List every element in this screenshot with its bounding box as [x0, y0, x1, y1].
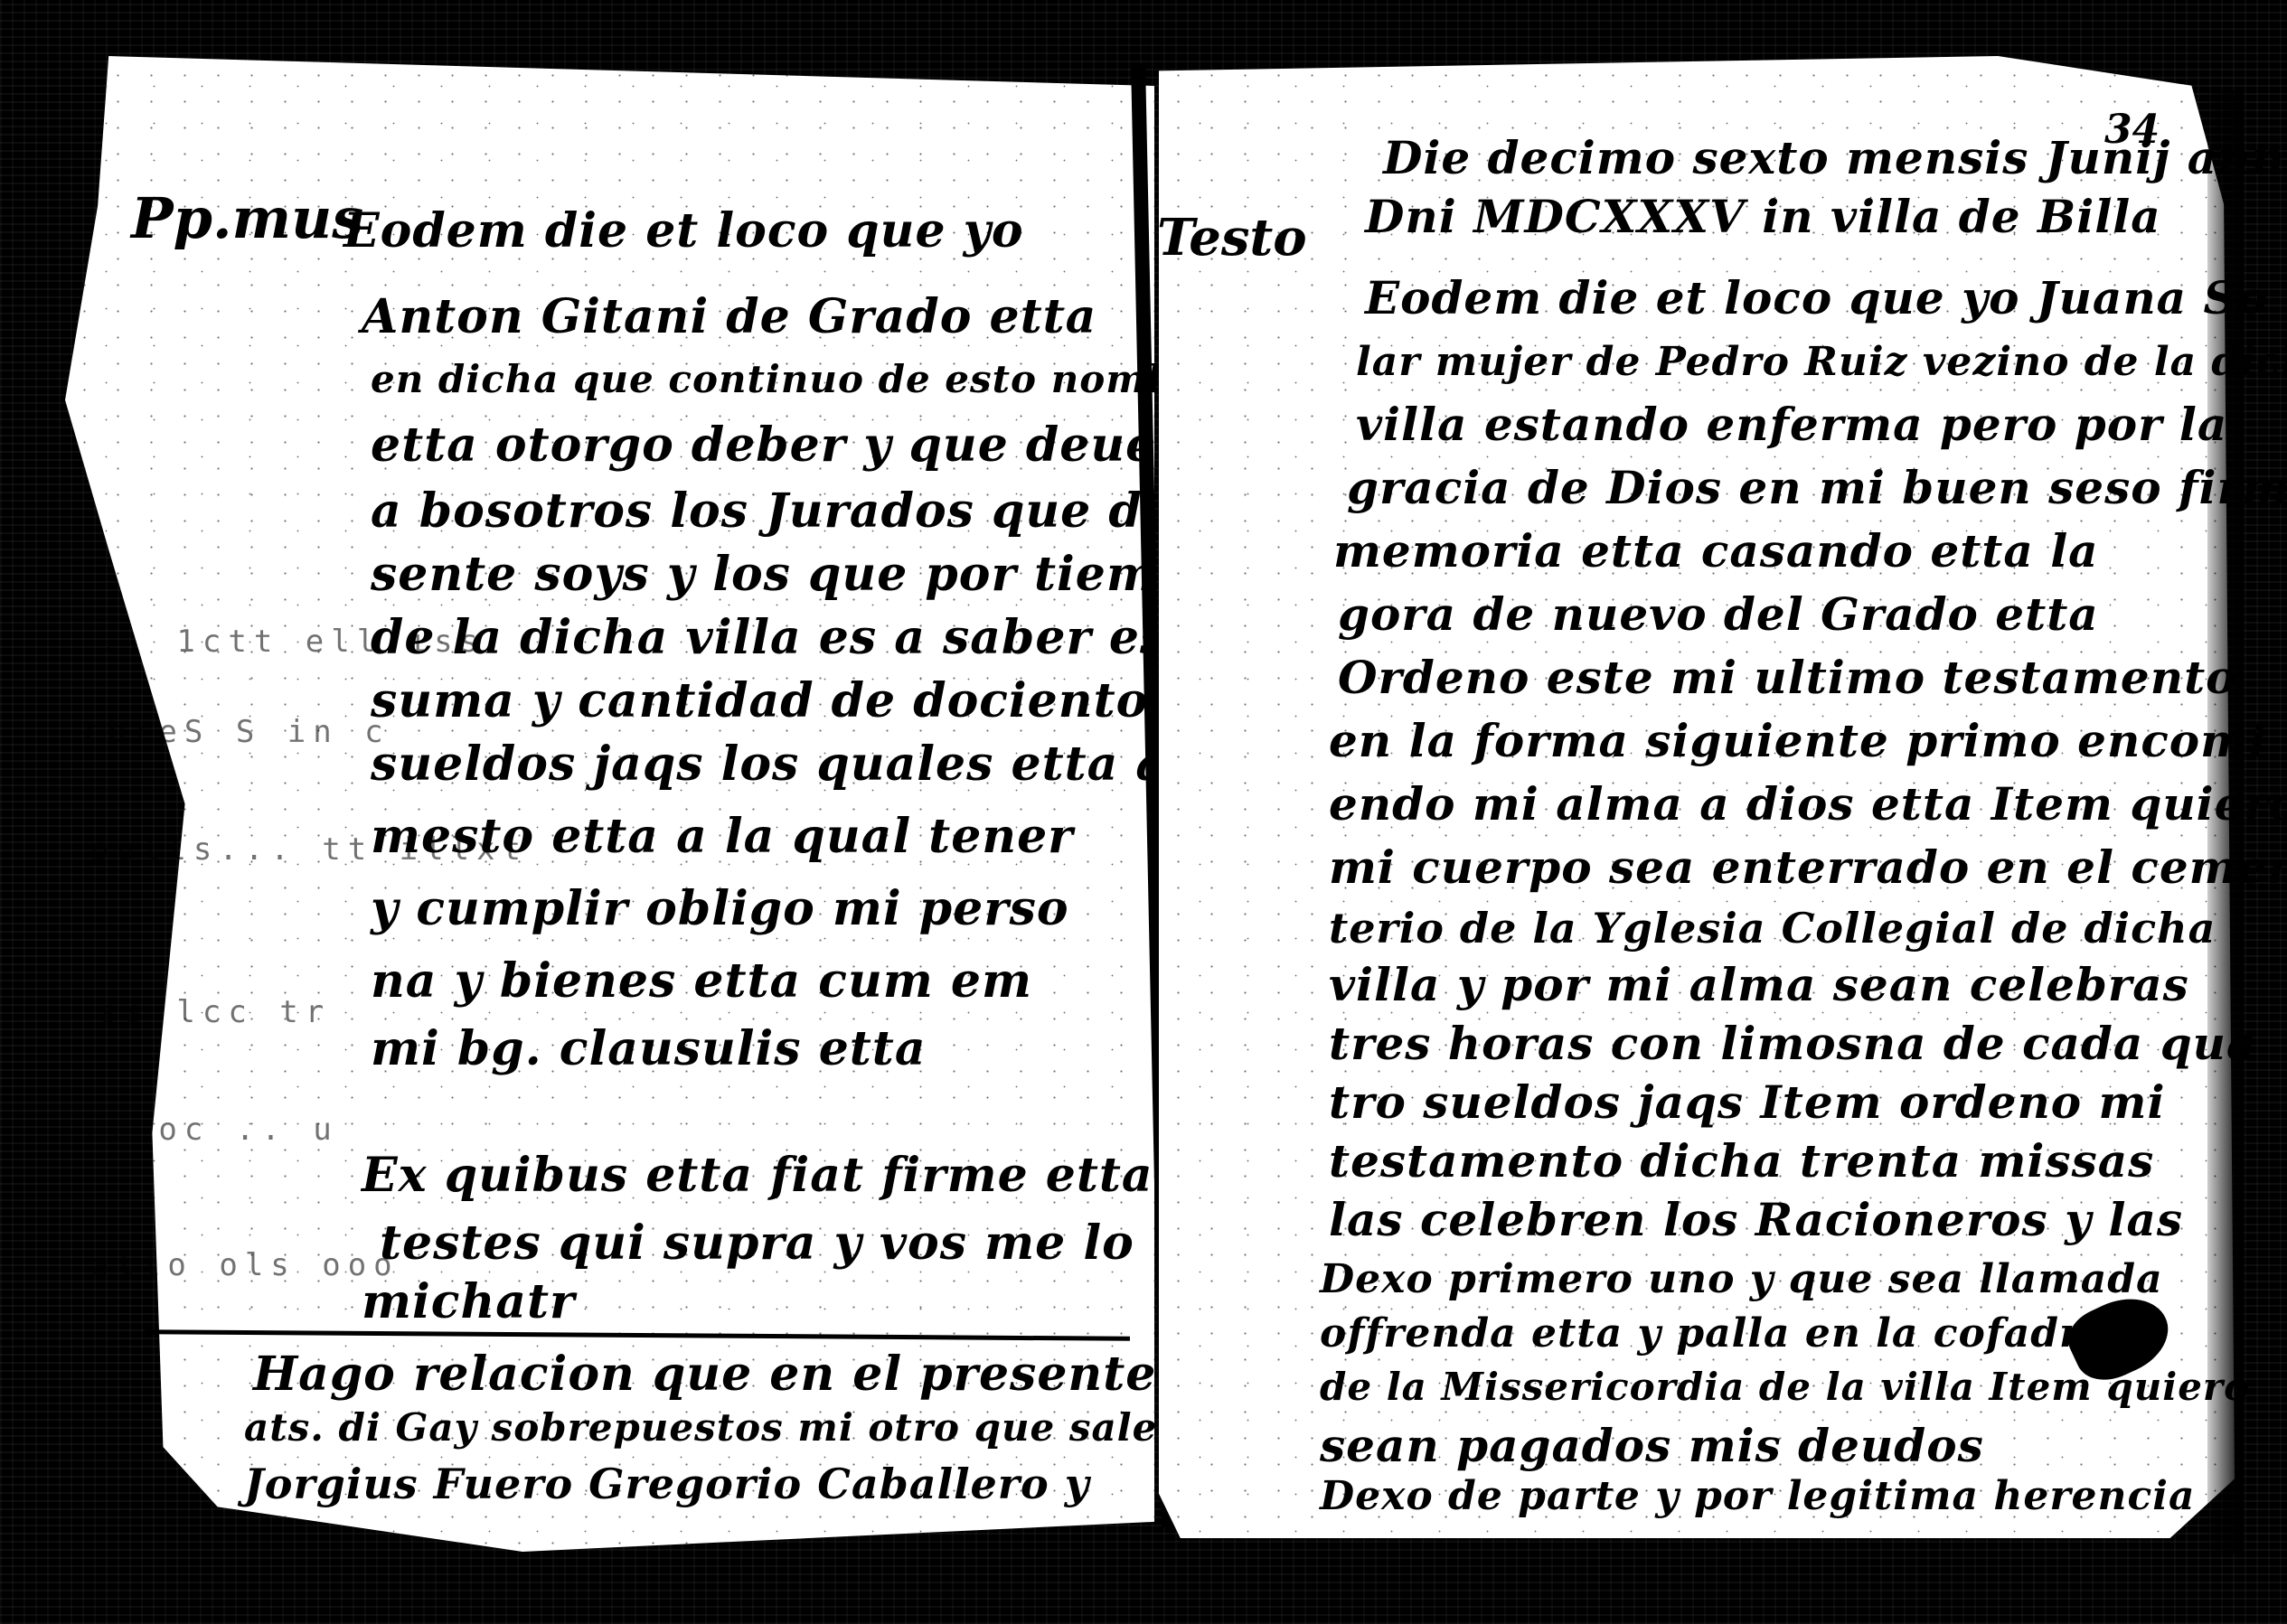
right-line-17: testamento dicha trenta missas [1329, 1134, 2154, 1187]
right-margin-heading: Testo [1157, 208, 1307, 268]
bleed-through-text: rbreS S in c [81, 714, 391, 750]
right-line-10: en la forma siguiente primo encomi [1329, 714, 2267, 767]
right-line-6: gracia de Dios en mi buen seso firme [1347, 461, 2287, 514]
left-line-8: suma y cantidad de docientos [371, 673, 1176, 728]
right-line-11: endo mi alma a dios etta Item quiero [1329, 777, 2287, 831]
right-line-19: Dexo primero uno y que sea llamada [1320, 1256, 2163, 1302]
right-line-8: gora de nuevo del Grado etta [1338, 587, 2099, 641]
right-line-12: mi cuerpo sea enterrado en el cemen [1329, 840, 2287, 894]
witness-line-3: michatr [362, 1274, 575, 1329]
lower-line-3: Jorgius Fuero Gregorio Caballero y [244, 1460, 1089, 1508]
left-line-10: mesto etta a la qual tener [371, 809, 1074, 864]
right-line-1: Die decimo sexto mensis Junij anno [1383, 131, 2287, 184]
right-line-9: Ordeno este mi ultimo testamento [1338, 651, 2237, 704]
lower-line-2: ats. di Gay sobrepuestos mi otro que sal… [244, 1405, 1157, 1450]
right-line-5: villa estando enferma pero por la [1356, 398, 2227, 451]
right-line-15: tres horas con limosna de cada qua [1329, 1017, 2256, 1070]
witness-line-2: testes qui supra y vos me lo [380, 1216, 1134, 1271]
left-page [65, 56, 1154, 1552]
left-line-7: de la dicha villa es a saber es la [371, 610, 1235, 665]
left-line-13: mi bg. clausulis etta [371, 1021, 927, 1076]
right-line-14: villa y por mi alma sean celebras [1329, 958, 2189, 1011]
bleed-through-text: .. oc .. u [81, 1112, 339, 1148]
left-line-4: etta otorgo deber y que deue [371, 418, 1156, 473]
bleed-through-text: allo ols ooo [90, 1247, 400, 1283]
left-line-9: sueldos jaqs los quales etta a pro [371, 737, 1276, 792]
right-line-20: offrenda etta y palla en la cofadria [1320, 1310, 2123, 1356]
right-line-7: memoria etta casando etta la [1333, 524, 2099, 577]
witness-line-1: Ex quibus etta fiat firme etta [362, 1148, 1153, 1203]
bleed-through-text: ss lcc tr [99, 994, 331, 1030]
left-line-12: na y bienes etta cum em [371, 953, 1032, 1009]
right-line-3: Eodem die et loco que yo Juana So [1365, 271, 2268, 324]
right-line-4: lar mujer de Pedro Ruiz vezino de la dic… [1356, 339, 2287, 385]
right-line-18: las celebren los Racioneros y las [1329, 1193, 2183, 1246]
left-line-2: Anton Gitani de Grado etta [362, 289, 1096, 344]
lower-line-1: Hago relacion que en el presente [253, 1347, 1156, 1402]
right-line-16: tro sueldos jaqs Item ordeno mi [1329, 1075, 2165, 1129]
right-line-22: sean pagados mis deudos [1320, 1419, 1984, 1472]
left-line-1: Eodem die et loco que yo [344, 203, 1024, 258]
right-line-2: Dni MDCXXXV in villa de Billa [1365, 190, 2161, 243]
left-line-11: y cumplir obligo mi perso [371, 881, 1069, 936]
left-margin-heading: Pp.mus [131, 185, 363, 251]
right-line-13: terio de la Yglesia Collegial de dicha [1329, 904, 2216, 953]
right-line-23: Dexo de parte y por legitima herencia [1320, 1473, 2196, 1519]
